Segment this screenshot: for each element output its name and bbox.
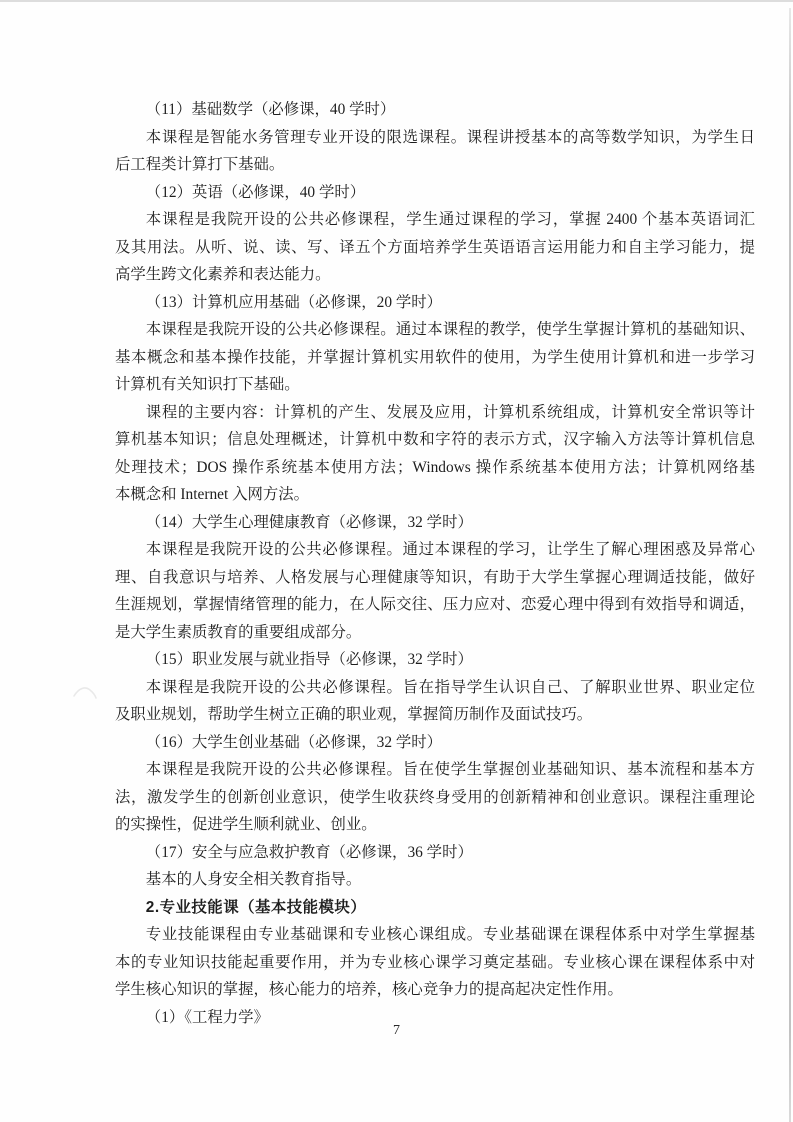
- document-line: 法，激发学生的创新创业意识，使学生收获终身受用的创新精神和创业意识。课程注重理论: [115, 784, 755, 812]
- document-line: 处理技术；DOS 操作系统基本使用方法；Windows 操作系统基本使用方法；计…: [115, 454, 755, 482]
- document-line: 高学生跨文化素养和表达能力。: [115, 261, 755, 289]
- document-line: 本课程是智能水务管理专业开设的限选课程。课程讲授基本的高等数学知识，为学生日: [115, 124, 755, 152]
- document-line: 专业技能课程由专业基础课和专业核心课组成。专业基础课在课程体系中对学生掌握基: [115, 921, 755, 949]
- document-line: 课程的主要内容：计算机的产生、发展及应用，计算机系统组成，计算机安全常识等计: [115, 399, 755, 427]
- document-page: （11）基础数学（必修课，40 学时）本课程是智能水务管理专业开设的限选课程。课…: [0, 0, 793, 1122]
- scan-top-edge-line: [0, 0, 793, 2]
- document-line: 本课程是我院开设的公共必修课程。通过本课程的学习，让学生了解心理困惑及异常心: [115, 536, 755, 564]
- document-line: 生涯规划，掌握情绪管理的能力，在人际交往、压力应对、恋爱心理中得到有效指导和调适…: [115, 591, 755, 619]
- document-line: 本课程是我院开设的公共必修课程。旨在指导学生认识自己、了解职业世界、职业定位: [115, 674, 755, 702]
- document-line: 是大学生素质教育的重要组成部分。: [115, 619, 755, 647]
- document-line: （12）英语（必修课，40 学时）: [115, 179, 755, 207]
- document-line: 2.专业技能课（基本技能模块）: [115, 894, 755, 922]
- document-line: 学生核心知识的掌握，核心能力的培养，核心竞争力的提高起决定性作用。: [115, 976, 755, 1004]
- document-line: 及其用法。从听、说、读、写、译五个方面培养学生英语语言运用能力和自主学习能力，提: [115, 234, 755, 262]
- document-line: 计算机有关知识打下基础。: [115, 371, 755, 399]
- document-line: （13）计算机应用基础（必修课，20 学时）: [115, 289, 755, 317]
- document-line: （17）安全与应急救护教育（必修课，36 学时）: [115, 839, 755, 867]
- page-number: 7: [0, 1021, 793, 1041]
- document-line: （14）大学生心理健康教育（必修课，32 学时）: [115, 509, 755, 537]
- scan-smudge-mark: [72, 682, 98, 702]
- document-line: 算机基本知识；信息处理概述，计算机中数和字符的表示方式，汉字输入方法等计算机信息: [115, 426, 755, 454]
- document-line: 理、自我意识与培养、人格发展与心理健康等知识，有助于大学生掌握心理调适技能，做好: [115, 564, 755, 592]
- document-line: 本课程是我院开设的公共必修课程，学生通过课程的学习，掌握 2400 个基本英语词…: [115, 206, 755, 234]
- document-line: 后工程类计算打下基础。: [115, 151, 755, 179]
- document-line: （11）基础数学（必修课，40 学时）: [115, 96, 755, 124]
- document-line: 本的专业知识技能起重要作用，并为专业核心课学习奠定基础。专业核心课在课程体系中对: [115, 949, 755, 977]
- document-line: （15）职业发展与就业指导（必修课，32 学时）: [115, 646, 755, 674]
- document-line: 的实操性，促进学生顺利就业、创业。: [115, 811, 755, 839]
- document-line: 基本的人身安全相关教育指导。: [115, 866, 755, 894]
- document-line: 本概念和 Internet 入网方法。: [115, 481, 755, 509]
- document-line: 本课程是我院开设的公共必修课程。通过本课程的教学，使学生掌握计算机的基础知识、: [115, 316, 755, 344]
- document-line: （16）大学生创业基础（必修课，32 学时）: [115, 729, 755, 757]
- document-line: 及职业规划，帮助学生树立正确的职业观，掌握简历制作及面试技巧。: [115, 701, 755, 729]
- document-content: （11）基础数学（必修课，40 学时）本课程是智能水务管理专业开设的限选课程。课…: [115, 96, 755, 1031]
- document-line: 本课程是我院开设的公共必修课程。旨在使学生掌握创业基础知识、基本流程和基本方: [115, 756, 755, 784]
- document-line: 基本概念和基本操作技能，并掌握计算机实用软件的使用，为学生使用计算机和进一步学习: [115, 344, 755, 372]
- scan-right-edge-line: [789, 8, 791, 1122]
